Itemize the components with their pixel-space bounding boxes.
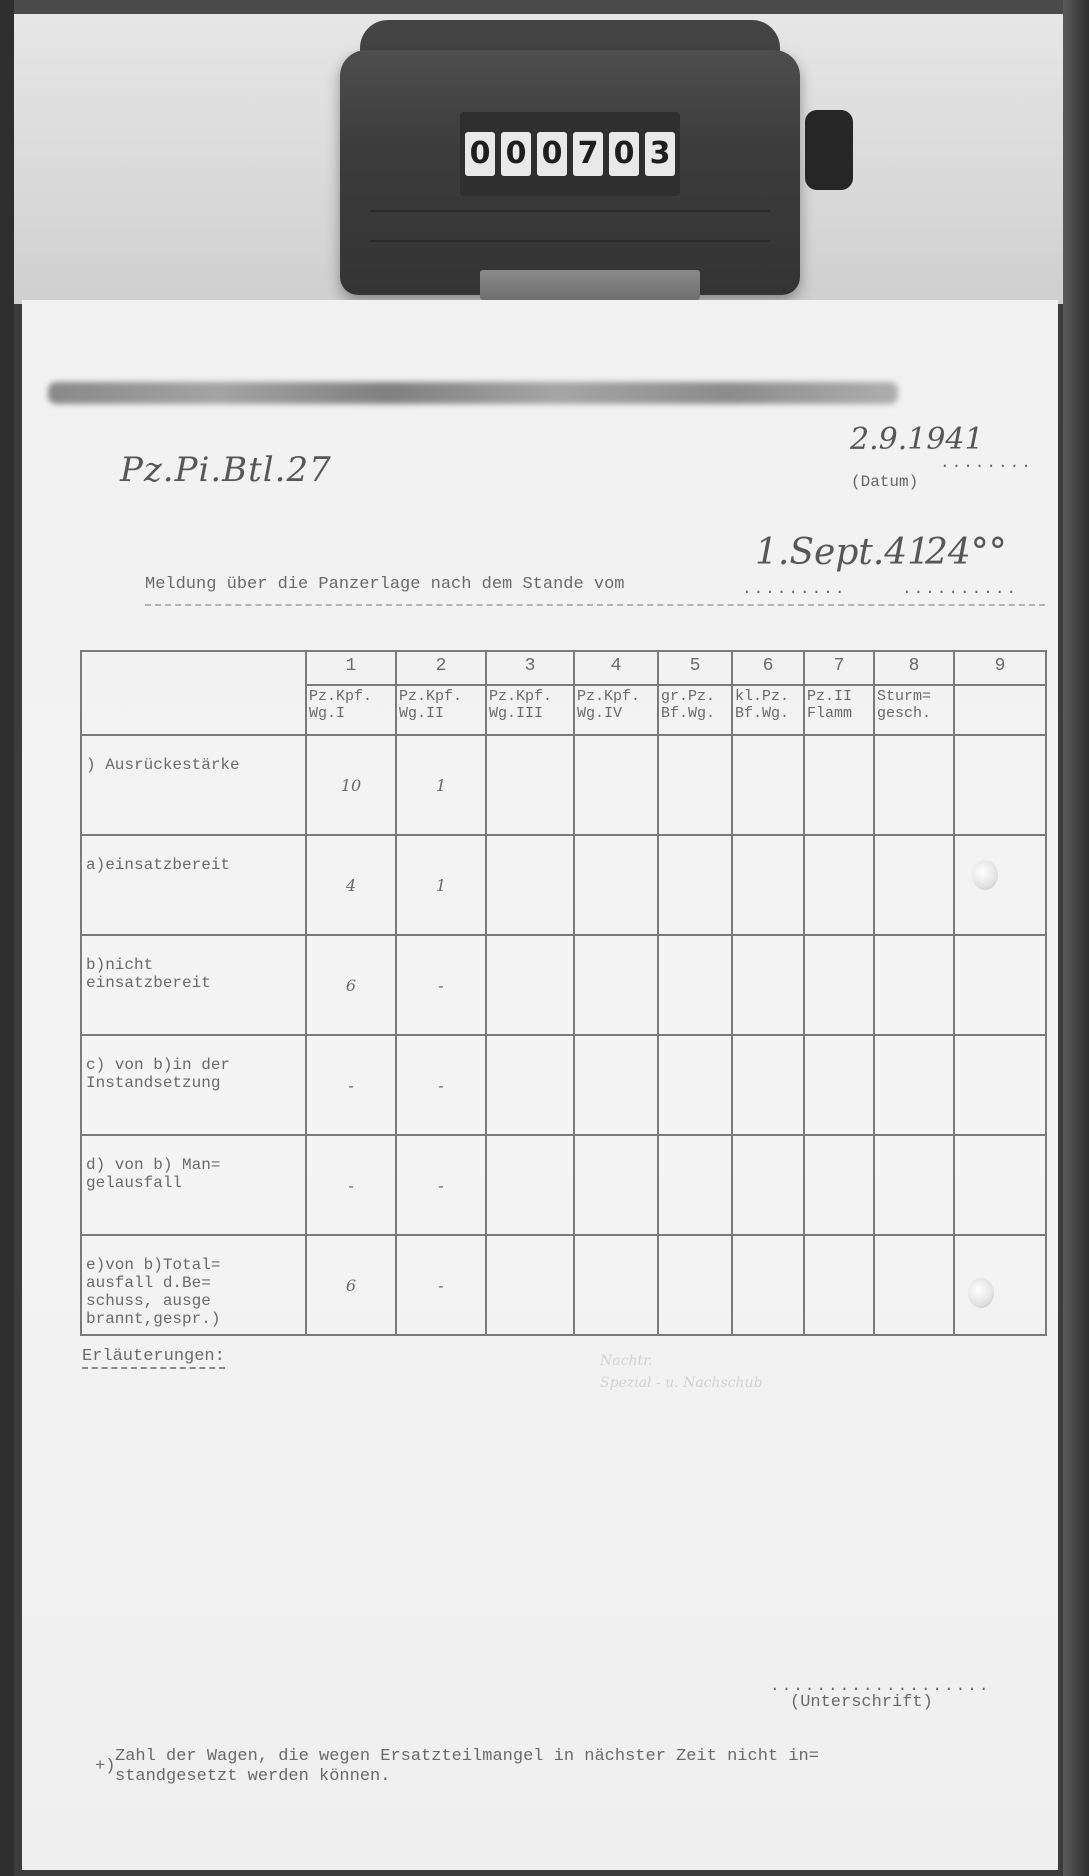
report-date-handwritten: 2.9.1941 [850, 422, 984, 457]
status-time-handwritten: 24°° [925, 532, 1007, 573]
status-date-handwritten: 1.Sept.41 [755, 532, 930, 573]
table-cell [874, 935, 954, 1035]
notes-label: Erläuterungen: [82, 1347, 225, 1369]
counter-body: 0 0 0 7 0 3 [340, 50, 800, 295]
table-cell [954, 1035, 1046, 1135]
table-cell [804, 735, 874, 835]
vehicle-type-header: Pz.Kpf. Wg.I [306, 685, 396, 735]
vehicle-type-header: Pz.Kpf. Wg.II [396, 685, 486, 735]
table-cell [486, 835, 574, 935]
table-cell [658, 1135, 732, 1235]
table-cell: 4 [306, 835, 396, 935]
date-label: (Datum) [851, 473, 918, 491]
table-cell [732, 1035, 804, 1135]
table-cell [804, 1235, 874, 1335]
table-cell [804, 1135, 874, 1235]
table-cell: 6 [306, 935, 396, 1035]
table-row: d) von b) Man= gelausfall - - [81, 1135, 1046, 1235]
vehicle-type-header: Sturm= gesch. [874, 685, 954, 735]
table-row: c) von b)in der Instandsetzung - - [81, 1035, 1046, 1135]
table-cell [732, 835, 804, 935]
table-cell [658, 1035, 732, 1135]
table-row: a)einsatzbereit 4 1 [81, 835, 1046, 935]
counter-ridge [370, 210, 770, 212]
row-label: a)einsatzbereit [81, 835, 306, 935]
table-cell [954, 935, 1046, 1035]
table-cell: - [396, 935, 486, 1035]
film-frame-left [0, 0, 14, 1876]
table-cell [954, 835, 1046, 935]
column-number: 2 [396, 651, 486, 685]
status-time-fill-line: .......... [902, 580, 1018, 598]
vehicle-type-header: Pz.II Flamm [804, 685, 874, 735]
report-title: Meldung über die Panzerlage nach dem Sta… [145, 575, 624, 594]
column-number: 7 [804, 651, 874, 685]
status-date-fill-line: ......... [742, 580, 846, 598]
table-cell: - [306, 1035, 396, 1135]
table-cell [486, 1035, 574, 1135]
column-number: 3 [486, 651, 574, 685]
frame-counter-device: 0 0 0 7 0 3 [340, 20, 810, 295]
vehicle-type-header: Pz.Kpf. Wg.IV [574, 685, 658, 735]
column-number: 5 [658, 651, 732, 685]
table-cell [574, 1035, 658, 1135]
table-cell: 10 [306, 735, 396, 835]
table-cell [954, 1235, 1046, 1335]
table-cell [804, 1035, 874, 1135]
row-label: e)von b)Total= ausfall d.Be= schuss, aus… [81, 1235, 306, 1335]
column-number: 1 [306, 651, 396, 685]
row-label: d) von b) Man= gelausfall [81, 1135, 306, 1235]
vehicle-type-header: gr.Pz. Bf.Wg. [658, 685, 732, 735]
counter-knob [805, 110, 853, 190]
counter-digit: 0 [465, 132, 495, 176]
table-cell: - [396, 1035, 486, 1135]
table-cell [486, 1135, 574, 1235]
date-fill-line: ........ [940, 454, 1033, 472]
table-cell [658, 935, 732, 1035]
table-cell [732, 935, 804, 1035]
table-cell [658, 835, 732, 935]
row-label: b)nicht einsatzbereit [81, 935, 306, 1035]
signature-label: (Unterschrift) [790, 1693, 933, 1712]
table-cell [874, 1135, 954, 1235]
table-cell [804, 935, 874, 1035]
table-cell [874, 835, 954, 935]
title-underline [145, 604, 1045, 606]
table-cell [658, 735, 732, 835]
table-cell [732, 1135, 804, 1235]
counter-display: 0 0 0 7 0 3 [460, 112, 680, 196]
table-cell: - [396, 1235, 486, 1335]
table-cell: - [306, 1135, 396, 1235]
counter-digit: 0 [501, 132, 531, 176]
table-row: e)von b)Total= ausfall d.Be= schuss, aus… [81, 1235, 1046, 1335]
column-number: 6 [732, 651, 804, 685]
table-cell [874, 1235, 954, 1335]
counter-digit: 3 [645, 132, 675, 176]
table-cell [732, 1235, 804, 1335]
counter-ridge [370, 240, 770, 242]
table-cell [732, 735, 804, 835]
row-label: c) von b)in der Instandsetzung [81, 1035, 306, 1135]
punch-hole [972, 860, 998, 890]
column-number: 9 [954, 651, 1046, 685]
table-cell [486, 935, 574, 1035]
punch-hole [968, 1278, 994, 1308]
table-cell [658, 1235, 732, 1335]
table-cell [574, 835, 658, 935]
column-number-row: 1 2 3 4 5 6 7 8 9 [81, 651, 1046, 685]
footnote-mark: +) [95, 1757, 115, 1776]
film-frame-top [0, 0, 1089, 14]
unit-name-handwritten: Pz.Pi.Btl.27 [120, 450, 332, 490]
table-cell [874, 735, 954, 835]
row-label: ) Ausrückestärke [81, 735, 306, 835]
column-number: 8 [874, 651, 954, 685]
table-cell: 6 [306, 1235, 396, 1335]
ink-smear [48, 382, 898, 404]
counter-digit: 0 [537, 132, 567, 176]
table-cell: 1 [396, 835, 486, 935]
table-row: b)nicht einsatzbereit 6 - [81, 935, 1046, 1035]
header-corner-cell [81, 651, 306, 735]
table-cell [874, 1035, 954, 1135]
table-cell [574, 935, 658, 1035]
vehicle-type-header [954, 685, 1046, 735]
table-cell [574, 1235, 658, 1335]
faint-handwritten-note: Nachtr. Spezial - u. Nachschub [600, 1350, 763, 1394]
table-cell [954, 735, 1046, 835]
vehicle-type-header: kl.Pz. Bf.Wg. [732, 685, 804, 735]
table-cell: - [396, 1135, 486, 1235]
counter-digit: 0 [609, 132, 639, 176]
table-cell [954, 1135, 1046, 1235]
tank-status-table: 1 2 3 4 5 6 7 8 9 Pz.Kpf. Wg.I Pz.Kpf. W… [80, 650, 1047, 1336]
film-frame-right [1063, 0, 1089, 1876]
table-row: ) Ausrückestärke 10 1 [81, 735, 1046, 835]
column-number: 4 [574, 651, 658, 685]
footnote-text: Zahl der Wagen, die wegen Ersatzteilmang… [115, 1747, 819, 1787]
table-cell [486, 1235, 574, 1335]
vehicle-type-header: Pz.Kpf. Wg.III [486, 685, 574, 735]
table-cell: 1 [396, 735, 486, 835]
counter-nameplate [480, 270, 700, 300]
table-cell [804, 835, 874, 935]
counter-digit: 7 [573, 132, 603, 176]
table-cell [574, 1135, 658, 1235]
table-cell [574, 735, 658, 835]
table-cell [486, 735, 574, 835]
